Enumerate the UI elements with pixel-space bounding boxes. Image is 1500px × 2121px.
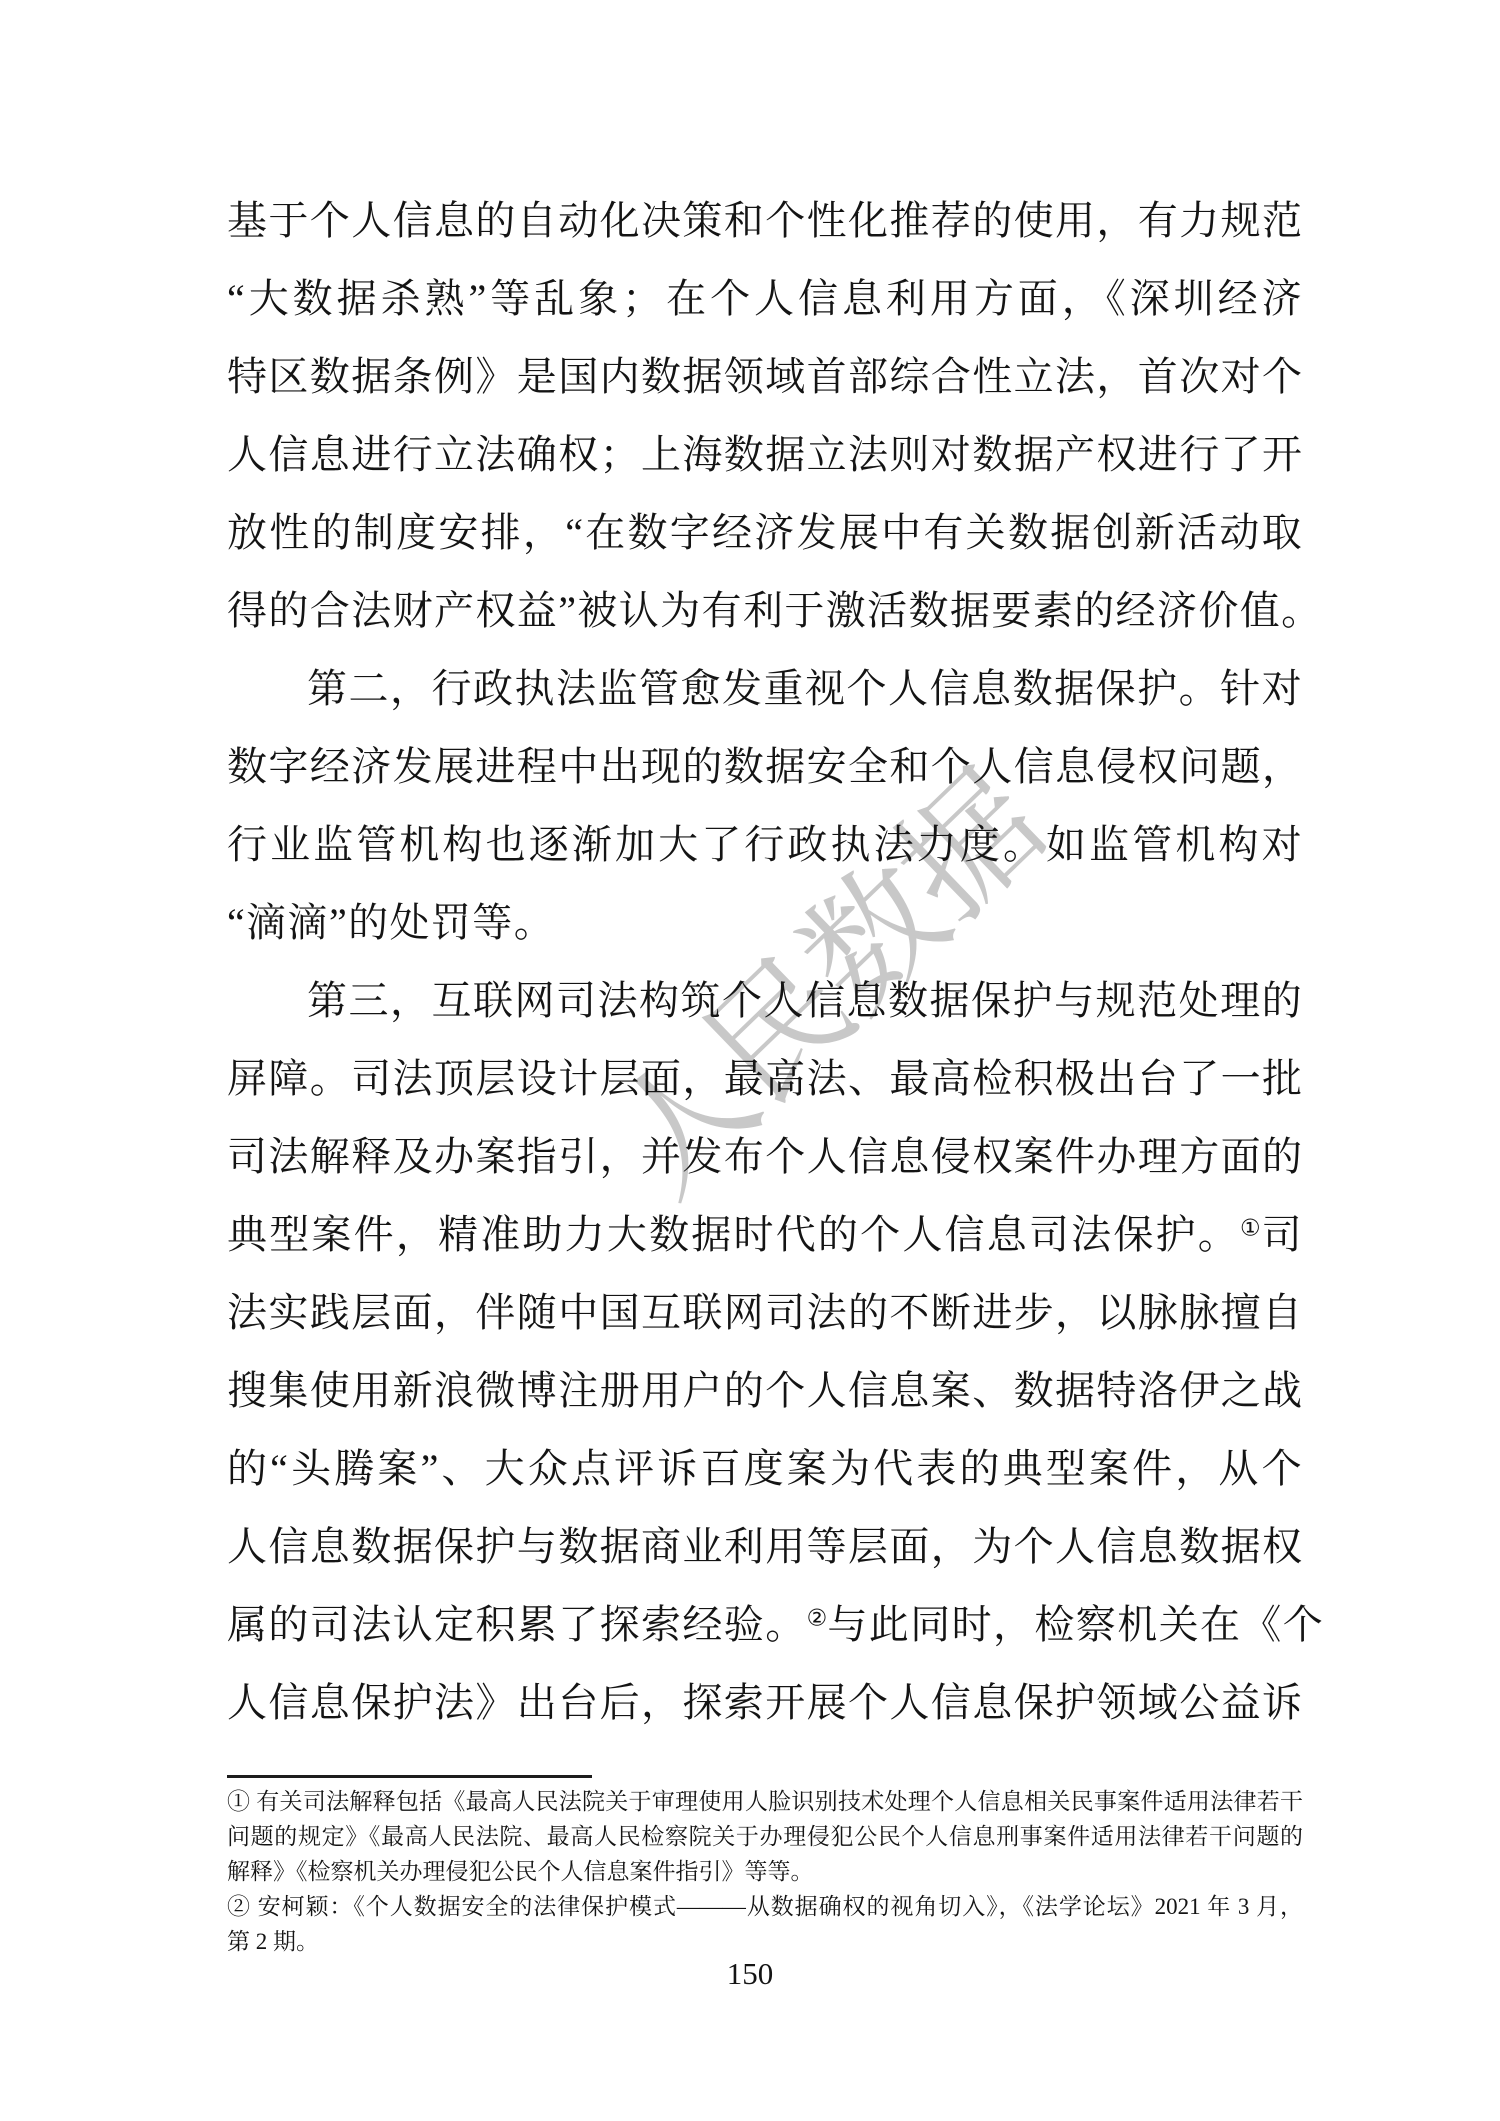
body-line: 第三，互联网司法构筑个人信息数据保护与规范处理的 — [227, 962, 1303, 1040]
footnote-line: ② 安柯颖：《个人数据安全的法律保护模式———从数据确权的视角切入》，《法学论坛… — [227, 1889, 1303, 1924]
body-line: 放性的制度安排，“在数字经济发展中有关数据创新活动取 — [227, 494, 1303, 572]
body-line: 特区数据条例》是国内数据领域首部综合性立法，首次对个 — [227, 338, 1303, 416]
footnote-line: ① 有关司法解释包括《最高人民法院关于审理使用人脸识别技术处理个人信息相关民事案… — [227, 1784, 1303, 1819]
body-line: 人信息进行立法确权；上海数据立法则对数据产权进行了开 — [227, 416, 1303, 494]
body-line: 数字经济发展进程中出现的数据安全和个人信息侵权问题， — [227, 728, 1303, 806]
body-line: 典型案件，精准助力大数据时代的个人信息司法保护。①司 — [227, 1196, 1303, 1274]
footnote-line: 解释》《检察机关办理侵犯公民个人信息案件指引》等等。 — [227, 1854, 1303, 1889]
body-line: 人信息保护法》出台后，探索开展个人信息保护领域公益诉 — [227, 1664, 1303, 1742]
body-line: “滴滴”的处罚等。 — [227, 884, 1303, 962]
body-line: 得的合法财产权益”被认为有利于激活数据要素的经济价值。 — [227, 572, 1303, 650]
footnote-separator-rule — [227, 1775, 592, 1778]
body-line: 屏障。司法顶层设计层面，最高法、最高检积极出台了一批 — [227, 1040, 1303, 1118]
body-text-block: 基于个人信息的自动化决策和个性化推荐的使用，有力规范“大数据杀熟”等乱象；在个人… — [227, 182, 1303, 1742]
footnote-line: 问题的规定》《最高人民法院、最高人民检察院关于办理侵犯公民个人信息刑事案件适用法… — [227, 1819, 1303, 1854]
body-line: 法实践层面，伴随中国互联网司法的不断进步，以脉脉擅自 — [227, 1274, 1303, 1352]
body-line: 搜集使用新浪微博注册用户的个人信息案、数据特洛伊之战 — [227, 1352, 1303, 1430]
document-page: 人民数据 基于个人信息的自动化决策和个性化推荐的使用，有力规范“大数据杀熟”等乱… — [0, 0, 1500, 2121]
body-line: 第二，行政执法监管愈发重视个人信息数据保护。针对 — [227, 650, 1303, 728]
footnote-reference-mark: ② — [807, 1605, 828, 1631]
body-line: 的“头腾案”、大众点评诉百度案为代表的典型案件，从个 — [227, 1430, 1303, 1508]
footnote-reference-mark: ① — [1240, 1215, 1262, 1241]
body-line: “大数据杀熟”等乱象；在个人信息利用方面，《深圳经济 — [227, 260, 1303, 338]
page-number: 150 — [0, 1956, 1500, 1992]
body-line: 司法解释及办案指引，并发布个人信息侵权案件办理方面的 — [227, 1118, 1303, 1196]
body-line: 属的司法认定积累了探索经验。②与此同时，检察机关在《个 — [227, 1586, 1303, 1664]
body-line: 基于个人信息的自动化决策和个性化推荐的使用，有力规范 — [227, 182, 1303, 260]
body-line: 行业监管机构也逐渐加大了行政执法力度。如监管机构对 — [227, 806, 1303, 884]
footnotes-block: ① 有关司法解释包括《最高人民法院关于审理使用人脸识别技术处理个人信息相关民事案… — [227, 1784, 1303, 1959]
footnote-line: 第 2 期。 — [227, 1924, 1303, 1959]
body-line: 人信息数据保护与数据商业利用等层面，为个人信息数据权 — [227, 1508, 1303, 1586]
